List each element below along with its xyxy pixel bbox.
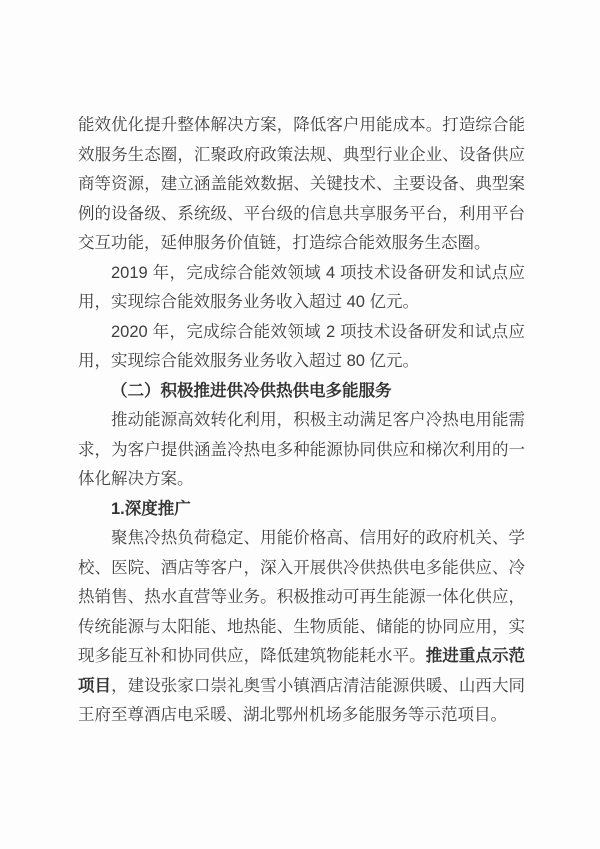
paragraph: 推动能源高效转化利用，积极主动满足客户冷热电用能需求，为客户提供涵盖冷热电多种能… bbox=[78, 406, 525, 495]
text-run: 聚焦冷热负荷稳定、用能价格高、信用好的政府机关、学校、医院、酒店等客户，深入开展… bbox=[78, 529, 525, 665]
document-body: 能效优化提升整体解决方案，降低客户用能成本。打造综合能效服务生态圈，汇聚政府政策… bbox=[78, 111, 525, 731]
text-run: 推动能源高效转化利用，积极主动满足客户冷热电用能需求，为客户提供涵盖冷热电多种能… bbox=[78, 411, 525, 488]
text-run: 能效优化提升整体解决方案，降低客户用能成本。打造综合能效服务生态圈，汇聚政府政策… bbox=[78, 116, 525, 252]
bold-text-run: 1.深度推广 bbox=[111, 500, 191, 518]
paragraph: 能效优化提升整体解决方案，降低客户用能成本。打造综合能效服务生态圈，汇聚政府政策… bbox=[78, 111, 525, 259]
text-run: 2020 年，完成综合能效领域 2 项技术设备研发和试点应用，实现综合能效服务业… bbox=[78, 323, 525, 371]
paragraph: 聚焦冷热负荷稳定、用能价格高、信用好的政府机关、学校、医院、酒店等客户，深入开展… bbox=[78, 524, 525, 731]
paragraph: 2019 年，完成综合能效领域 4 项技术设备研发和试点应用，实现综合能效服务业… bbox=[78, 259, 525, 318]
paragraph: 2020 年，完成综合能效领域 2 项技术设备研发和试点应用，实现综合能效服务业… bbox=[78, 318, 525, 377]
text-run: 2019 年，完成综合能效领域 4 项技术设备研发和试点应用，实现综合能效服务业… bbox=[78, 264, 525, 312]
section-heading: 1.深度推广 bbox=[78, 495, 525, 525]
document-page: 能效优化提升整体解决方案，降低客户用能成本。打造综合能效服务生态圈，汇聚政府政策… bbox=[0, 0, 600, 849]
section-heading: （二）积极推进供冷供热供电多能服务 bbox=[78, 377, 525, 407]
text-run: ，建设张家口崇礼奥雪小镇酒店清洁能源供暖、山西大同王府至尊酒店电采暖、湖北鄂州机… bbox=[78, 677, 525, 725]
bold-text-run: （二）积极推进供冷供热供电多能服务 bbox=[111, 382, 392, 400]
